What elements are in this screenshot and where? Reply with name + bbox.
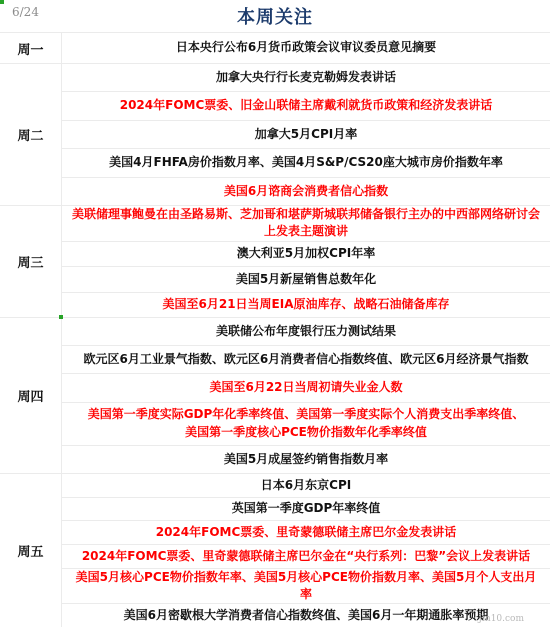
day-label: 周五 [0,474,62,627]
event-row: 美国5月核心PCE物价指数年率、美国5月核心PCE物价指数月率、美国5月个人支出… [62,568,550,604]
event-text: 美国至6月21日当周EIA原油库存、战略石油储备库存 [163,296,450,313]
day-label: 周一 [0,33,62,63]
events-table: 周一日本央行公布6月货币政策会议审议委员意见摘要周二加拿大央行行长麦克勒姆发表讲… [0,32,550,627]
watermark: Jin10.com [478,614,524,624]
green-artifact-mark [59,315,63,319]
event-text: 美国6月密歇根大学消费者信心指数终值、美国6月一年期通胀率预期 [124,607,489,624]
event-text: 美国5月核心PCE物价指数年率、美国5月核心PCE物价指数月率、美国5月个人支出… [70,569,542,604]
header: 6/24 本周关注 [0,0,550,32]
event-row: 美国5月新屋销售总数年化 [62,266,550,291]
event-text: 2024年FOMC票委、里奇蒙德联储主席巴尔金发表讲话 [156,524,457,541]
event-text: 加拿大央行行长麦克勒姆发表讲话 [216,69,396,86]
day-group: 周三美联储理事鲍曼在由圣路易斯、芝加哥和堪萨斯城联邦储备银行主办的中西部网络研讨… [0,205,550,317]
event-text: 欧元区6月工业景气指数、欧元区6月消费者信心指数终值、欧元区6月经济景气指数 [83,351,528,368]
event-text: 2024年FOMC票委、里奇蒙德联储主席巴尔金在“央行系列：巴黎”会议上发表讲话 [82,548,530,565]
event-text: 美国第一季度实际GDP年化季率终值、美国第一季度实际个人消费支出季率终值、 美国… [88,406,525,441]
day-events: 美联储公布年度银行压力测试结果欧元区6月工业景气指数、欧元区6月消费者信心指数终… [62,318,550,473]
day-group: 周四美联储公布年度银行压力测试结果欧元区6月工业景气指数、欧元区6月消费者信心指… [0,317,550,473]
day-label: 周二 [0,64,62,205]
event-row: 美国至6月22日当周初请失业金人数 [62,373,550,401]
event-row: 2024年FOMC票委、里奇蒙德联储主席巴尔金在“央行系列：巴黎”会议上发表讲话 [62,544,550,568]
event-row: 日本6月东京CPI [62,474,550,497]
event-row: 美联储理事鲍曼在由圣路易斯、芝加哥和堪萨斯城联邦储备银行主办的中西部网络研讨会上… [62,206,550,241]
page-title: 本周关注 [237,3,313,29]
event-text: 日本央行公布6月货币政策会议审议委员意见摘要 [176,39,436,56]
event-text: 美联储理事鲍曼在由圣路易斯、芝加哥和堪萨斯城联邦储备银行主办的中西部网络研讨会上… [70,206,542,241]
event-text: 2024年FOMC票委、旧金山联储主席戴利就货币政策和经济发表讲话 [120,97,493,114]
event-text: 澳大利亚5月加权CPI年率 [237,245,375,262]
event-text: 美国5月新屋销售总数年化 [236,271,376,288]
event-row: 美国4月FHFA房价指数月率、美国4月S&P/CS20座大城市房价指数年率 [62,148,550,176]
event-text: 英国第一季度GDP年率终值 [232,500,381,517]
day-events: 美联储理事鲍曼在由圣路易斯、芝加哥和堪萨斯城联邦储备银行主办的中西部网络研讨会上… [62,206,550,317]
event-text: 美国至6月22日当周初请失业金人数 [209,379,402,396]
day-events: 日本央行公布6月货币政策会议审议委员意见摘要 [62,33,550,63]
day-group: 周二加拿大央行行长麦克勒姆发表讲话2024年FOMC票委、旧金山联储主席戴利就货… [0,63,550,205]
day-group: 周一日本央行公布6月货币政策会议审议委员意见摘要 [0,32,550,63]
event-text: 日本6月东京CPI [261,477,351,494]
event-text: 美国4月FHFA房价指数月率、美国4月S&P/CS20座大城市房价指数年率 [109,154,503,171]
day-events: 日本6月东京CPI英国第一季度GDP年率终值2024年FOMC票委、里奇蒙德联储… [62,474,550,627]
event-row: 美国6月密歇根大学消费者信心指数终值、美国6月一年期通胀率预期 [62,603,550,627]
event-row: 加拿大央行行长麦克勒姆发表讲话 [62,64,550,91]
event-row: 美联储公布年度银行压力测试结果 [62,318,550,345]
event-row: 2024年FOMC票委、旧金山联储主席戴利就货币政策和经济发表讲话 [62,91,550,119]
date-label: 6/24 [12,5,39,19]
event-text: 美联储公布年度银行压力测试结果 [216,323,396,340]
event-row: 日本央行公布6月货币政策会议审议委员意见摘要 [62,33,550,63]
day-group: 周五日本6月东京CPI英国第一季度GDP年率终值2024年FOMC票委、里奇蒙德… [0,473,550,627]
event-row: 美国第一季度实际GDP年化季率终值、美国第一季度实际个人消费支出季率终值、 美国… [62,402,550,445]
event-row: 澳大利亚5月加权CPI年率 [62,241,550,266]
event-row: 美国5月成屋签约销售指数月率 [62,445,550,473]
day-events: 加拿大央行行长麦克勒姆发表讲话2024年FOMC票委、旧金山联储主席戴利就货币政… [62,64,550,205]
event-row: 加拿大5月CPI月率 [62,120,550,148]
day-label: 周四 [0,318,62,473]
event-row: 英国第一季度GDP年率终值 [62,497,550,521]
event-text: 加拿大5月CPI月率 [255,126,357,143]
event-text: 美国6月谘商会消费者信心指数 [224,183,388,200]
day-label: 周三 [0,206,62,317]
event-row: 2024年FOMC票委、里奇蒙德联储主席巴尔金发表讲话 [62,520,550,544]
event-row: 美国至6月21日当周EIA原油库存、战略石油储备库存 [62,292,550,317]
weekly-focus-panel: 6/24 本周关注 周一日本央行公布6月货币政策会议审议委员意见摘要周二加拿大央… [0,0,550,627]
event-row: 美国6月谘商会消费者信心指数 [62,177,550,205]
event-row: 欧元区6月工业景气指数、欧元区6月消费者信心指数终值、欧元区6月经济景气指数 [62,345,550,373]
event-text: 美国5月成屋签约销售指数月率 [224,451,388,468]
